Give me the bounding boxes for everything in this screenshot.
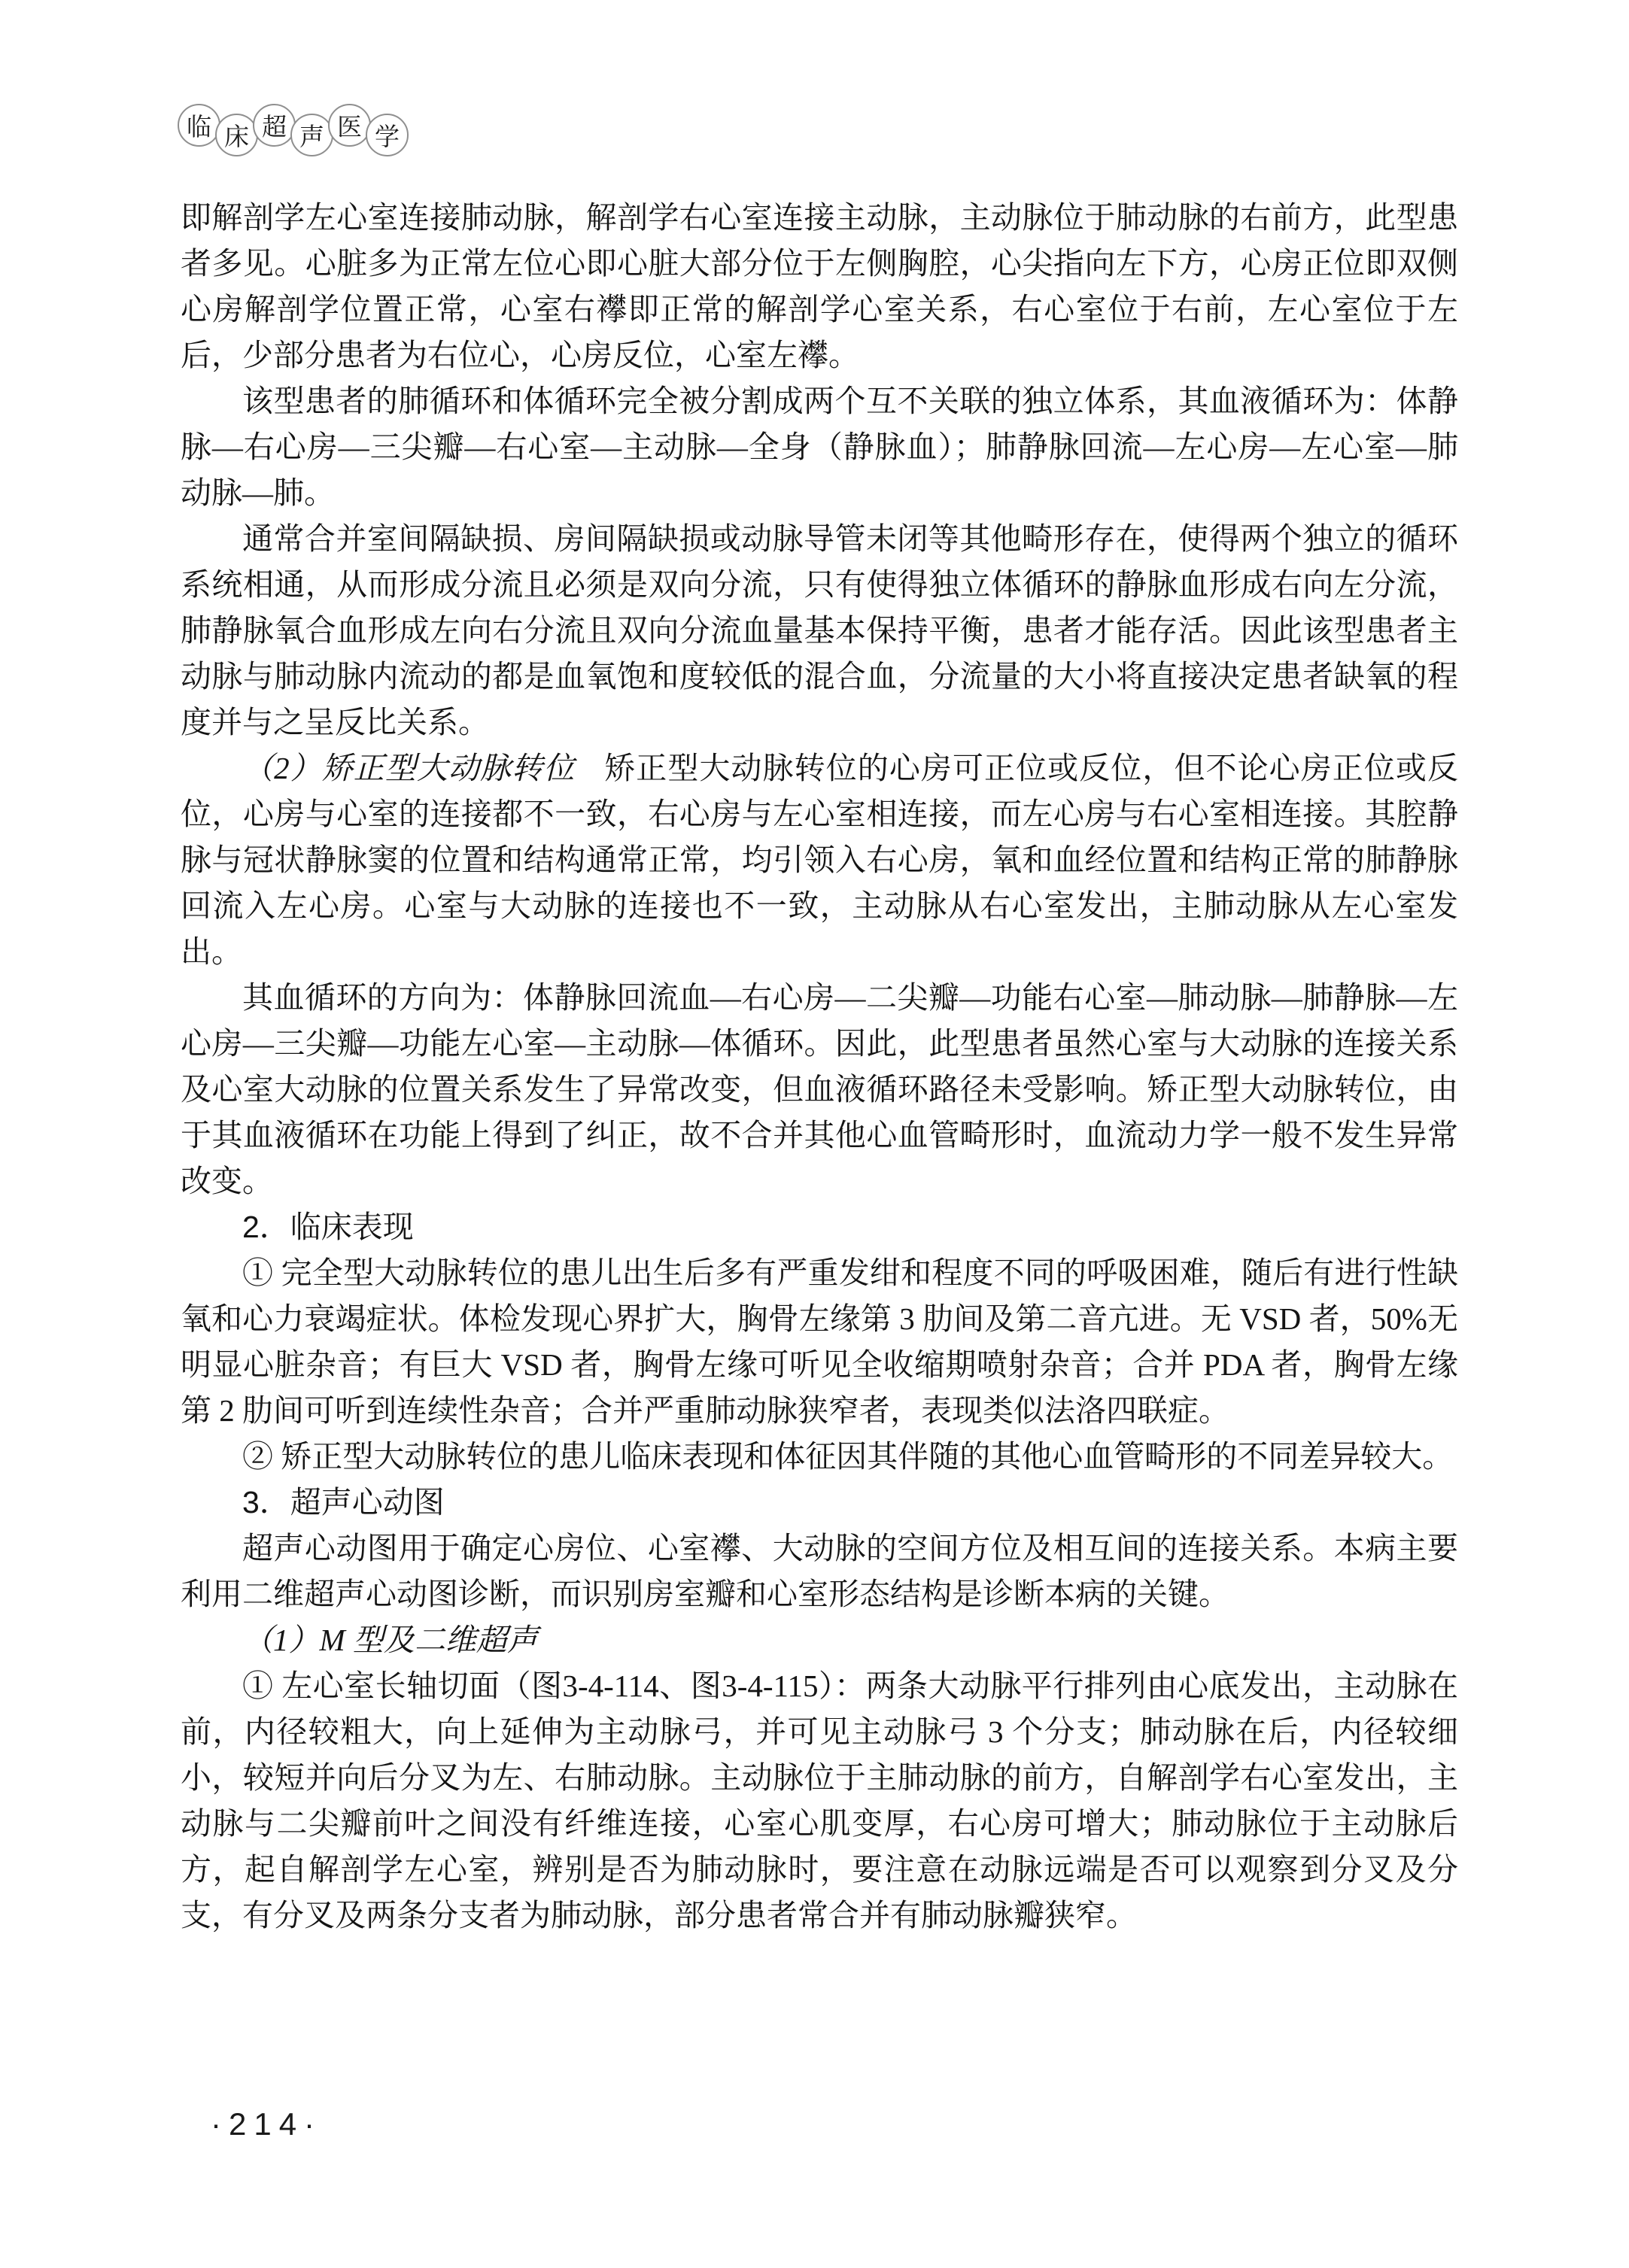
logo-badge-icon: 学 [366, 114, 409, 156]
paragraph: ① 左心室长轴切面（图3-4-114、图3-4-115）：两条大动脉平行排列由心… [181, 1663, 1458, 1939]
logo-badge-icon: 医 [328, 104, 371, 147]
paragraph-continuation: 即解剖学左心室连接肺动脉，解剖学右心室连接主动脉，主动脉位于肺动脉的右前方，此型… [181, 195, 1458, 378]
subsection-heading-m-mode: （1）M 型及二维超声 [181, 1617, 1458, 1663]
page-number: ·214· [211, 2106, 322, 2142]
paragraph: 通常合并室间隔缺损、房间隔缺损或动脉导管未闭等其他畸形存在，使得两个独立的循环系… [181, 516, 1458, 745]
logo-char: 床 [224, 117, 249, 153]
book-logo: 临 床 超 声 医 学 [178, 104, 409, 156]
paragraph: ① 完全型大动脉转位的患儿出生后多有严重发绀和程度不同的呼吸困难，随后有进行性缺… [181, 1250, 1458, 1434]
paragraph: 超声心动图用于确定心房位、心室襻、大动脉的空间方位及相互间的连接关系。本病主要利… [181, 1526, 1458, 1617]
logo-char: 学 [375, 117, 400, 153]
logo-badge-icon: 临 [178, 104, 220, 147]
logo-char: 医 [337, 108, 362, 143]
logo-char: 声 [299, 117, 324, 153]
subsection-heading-inline: （2）矫正型大动脉转位 [242, 751, 575, 785]
paragraph: 其血循环的方向为：体静脉回流血—右心房—二尖瓣—功能右心室—肺动脉—肺静脉—左心… [181, 975, 1458, 1204]
paragraph: （2）矫正型大动脉转位矫正型大动脉转位的心房可正位或反位，但不论心房正位或反位，… [181, 745, 1458, 975]
logo-badge-icon: 声 [290, 114, 333, 156]
section-heading-clinical: 2．临床表现 [181, 1204, 1458, 1250]
paragraph: ② 矫正型大动脉转位的患儿临床表现和体征因其伴随的其他心血管畸形的不同差异较大。 [181, 1434, 1458, 1480]
book-page: 临 床 超 声 医 学 即解剖学左心室连接肺动脉，解剖学右心室连接主动脉，主动脉… [0, 0, 1629, 2268]
logo-badge-icon: 床 [215, 114, 258, 156]
page-body: 即解剖学左心室连接肺动脉，解剖学右心室连接主动脉，主动脉位于肺动脉的右前方，此型… [181, 195, 1458, 1939]
logo-char: 超 [262, 108, 287, 143]
paragraph: 该型患者的肺循环和体循环完全被分割成两个互不关联的独立体系，其血液循环为：体静脉… [181, 378, 1458, 516]
logo-badge-icon: 超 [253, 104, 296, 147]
logo-char: 临 [187, 108, 211, 143]
section-heading-echocardiogram: 3．超声心动图 [181, 1480, 1458, 1526]
